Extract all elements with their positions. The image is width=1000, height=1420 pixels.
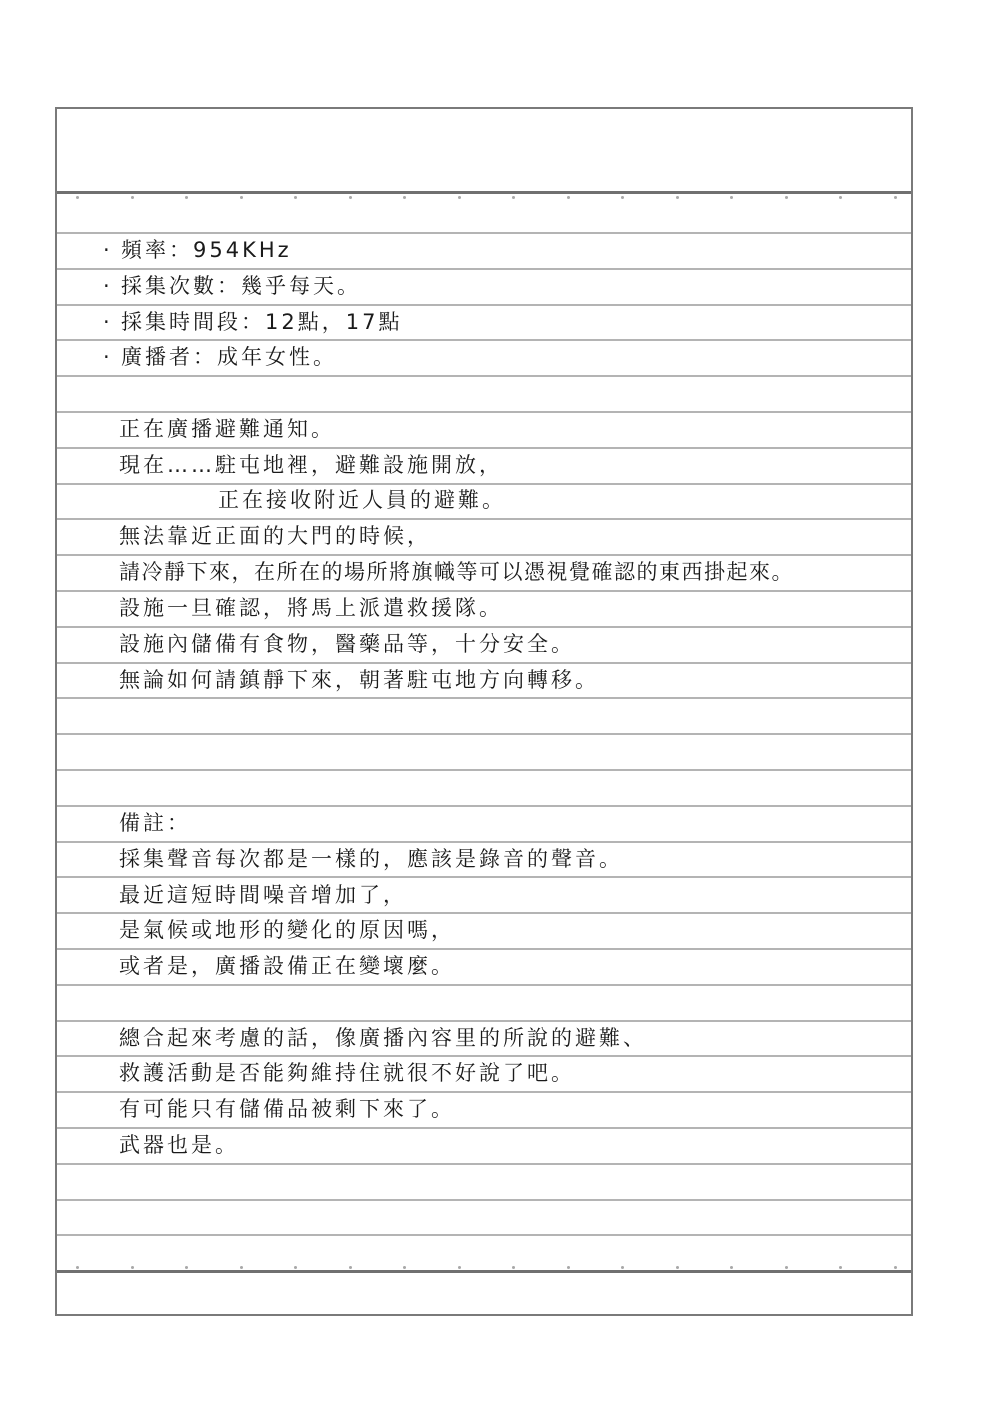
info-label: 頻率：954KHz	[121, 232, 292, 268]
guide-dot	[185, 1266, 188, 1269]
guide-dot	[621, 196, 624, 199]
guide-dot	[240, 1266, 243, 1269]
ruled-line	[57, 1234, 911, 1236]
info-item-collection-time: · 採集時間段：12點，17點	[57, 304, 911, 340]
notebook-page: · 頻率：954KHz · 採集次數：幾乎每天。 · 採集時間段：12點，17點…	[55, 107, 913, 1316]
guide-dot	[621, 1266, 624, 1269]
broadcast-line: 設施內儲備有食物，醫藥品等，十分安全。	[57, 626, 911, 662]
guide-dot	[76, 196, 79, 199]
guide-dot	[403, 1266, 406, 1269]
guide-dot	[567, 1266, 570, 1269]
broadcast-line: 現在……駐屯地裡，避難設施開放，	[57, 447, 911, 483]
guide-dot	[185, 196, 188, 199]
conclusion-line: 有可能只有儲備品被剩下來了。	[57, 1091, 911, 1127]
broadcast-line: 設施一旦確認，將馬上派遣救援隊。	[57, 590, 911, 626]
guide-dot	[676, 196, 679, 199]
conclusion-line: 救護活動是否能夠維持住就很不好說了吧。	[57, 1055, 911, 1091]
guide-dot	[458, 196, 461, 199]
info-label: 採集次數：幾乎每天。	[121, 268, 361, 304]
info-item-collection-count: · 採集次數：幾乎每天。	[57, 268, 911, 304]
bullet-dot: ·	[103, 339, 113, 375]
broadcast-line-indented: 正在接收附近人員的避難。	[57, 482, 911, 518]
header-divider	[57, 191, 911, 194]
guide-dot	[76, 1266, 79, 1269]
guide-dot	[567, 196, 570, 199]
info-item-broadcaster: · 廣播者：成年女性。	[57, 339, 911, 375]
guide-dot	[349, 196, 352, 199]
info-item-frequency: · 頻率：954KHz	[57, 232, 911, 268]
ruled-line	[57, 1163, 911, 1165]
guide-dot	[894, 1266, 897, 1269]
guide-dot	[131, 1266, 134, 1269]
bullet-dot: ·	[103, 304, 113, 340]
guide-dot	[894, 196, 897, 199]
page-header	[57, 109, 911, 192]
ruled-line	[57, 1199, 911, 1201]
guide-dot	[349, 1266, 352, 1269]
conclusion-line: 武器也是。	[57, 1127, 911, 1163]
notes-line: 最近這短時間噪音增加了，	[57, 877, 911, 913]
broadcast-line: 請冷靜下來，在所在的場所將旗幟等可以憑視覺確認的東西掛起來。	[57, 554, 911, 590]
guide-dot	[512, 196, 515, 199]
guide-dot	[240, 196, 243, 199]
notes-line: 採集聲音每次都是一樣的，應該是錄音的聲音。	[57, 841, 911, 877]
guide-dot	[512, 1266, 515, 1269]
guide-dot	[839, 1266, 842, 1269]
broadcast-line: 無論如何請鎮靜下來，朝著駐屯地方向轉移。	[57, 662, 911, 698]
broadcast-line: 無法靠近正面的大門的時候，	[57, 518, 911, 554]
guide-dot	[676, 1266, 679, 1269]
ruled-line	[57, 733, 911, 735]
bullet-dot: ·	[103, 268, 113, 304]
guide-dot	[294, 196, 297, 199]
broadcast-line: 正在廣播避難通知。	[57, 411, 911, 447]
guide-dot	[785, 1266, 788, 1269]
info-label: 廣播者：成年女性。	[121, 339, 337, 375]
guide-dot	[839, 196, 842, 199]
guide-dot	[730, 1266, 733, 1269]
ruled-line	[57, 984, 911, 986]
notes-line: 或者是，廣播設備正在變壞麼。	[57, 948, 911, 984]
conclusion-line: 總合起來考慮的話，像廣播內容里的所說的避難、	[57, 1020, 911, 1056]
bullet-dot: ·	[103, 232, 113, 268]
guide-dot	[785, 196, 788, 199]
notes-line: 是氣候或地形的變化的原因嗎，	[57, 912, 911, 948]
ruled-line	[57, 375, 911, 377]
info-label: 採集時間段：12點，17點	[121, 304, 402, 340]
guide-dot	[131, 196, 134, 199]
guide-dot	[403, 196, 406, 199]
guide-dot	[294, 1266, 297, 1269]
page-footer	[57, 1273, 911, 1313]
guide-dot	[458, 1266, 461, 1269]
ruled-line	[57, 769, 911, 771]
notes-heading: 備註：	[57, 805, 911, 841]
guide-dot	[730, 196, 733, 199]
